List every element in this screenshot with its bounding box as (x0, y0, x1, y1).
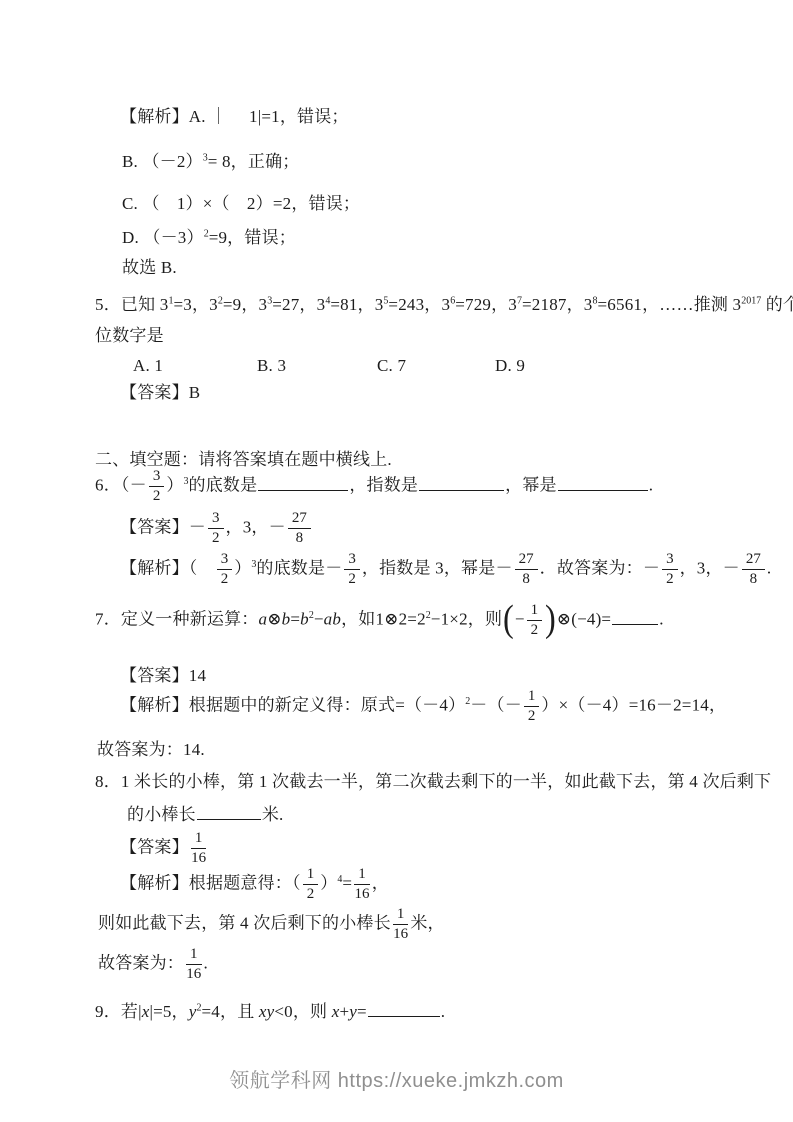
fraction: 278 (742, 551, 765, 589)
q8-analysis-line3: 故答案为：116. (98, 946, 208, 984)
exponent: 1 (168, 295, 173, 306)
exponent: 2 (218, 295, 223, 306)
q6-answer: 【答案】－32，3，－278 (120, 510, 313, 548)
exponent: 3 (251, 559, 256, 570)
math-variable: x (142, 1002, 150, 1021)
answer-blank (197, 805, 261, 820)
math-variable: x (332, 1002, 340, 1021)
fraction: 278 (288, 510, 311, 548)
q8-analysis-line2: 则如此截下去，第 4 次后剩下的小棒长116米， (98, 906, 445, 944)
exponent: 7 (517, 295, 522, 306)
exponent: 2 (309, 610, 314, 621)
answer-blank (612, 610, 658, 625)
fraction: 12 (527, 602, 543, 640)
math-variable: ab (324, 610, 341, 629)
q8-stem-line2: 的小棒长米. (127, 803, 283, 826)
q4-analysis-option-d: D. （－3）2=9，错误； (122, 226, 296, 249)
exponent: 3 (267, 295, 272, 306)
fraction: 116 (354, 866, 370, 904)
worksheet-page: 【解析】A. ｜ 1|=1，错误； B. （－2）3= 8，正确； C. （ 1… (0, 0, 793, 1122)
q5-choice-options: A. 1B. 3C. 7D. 9 (95, 354, 705, 378)
choice-option: B. 3 (257, 354, 286, 377)
exponent: 2 (204, 228, 209, 239)
choice-option: C. 7 (377, 354, 406, 377)
fraction: 32 (149, 468, 165, 506)
q9-stem: 9．若|x|=5，y2=4，且 xy<0，则 x+y=. (95, 1000, 445, 1023)
fraction: 32 (208, 510, 224, 548)
q7-answer: 【答案】14 (120, 664, 206, 687)
math-variable: y (189, 1002, 197, 1021)
q4-analysis-option-b: B. （－2）3= 8，正确； (122, 150, 300, 173)
exponent: 2017 (741, 295, 761, 306)
fraction: 12 (303, 866, 319, 904)
exponent: 6 (450, 295, 455, 306)
q4-analysis-option-a: 【解析】A. ｜ 1|=1，错误； (120, 105, 349, 128)
q5-stem-line2: 位数字是 (95, 324, 164, 347)
fraction: 32 (662, 551, 678, 589)
q7-stem: 7．定义一种新运算：a⊗b=b2−ab，如1⊗2=22−1×2，则(−12)⊗(… (95, 602, 664, 640)
exponent: 2 (197, 1002, 202, 1013)
math-variable: y (349, 1002, 357, 1021)
fraction: 116 (186, 946, 202, 984)
watermark-footer: 领航学科网 https://xueke.jmkzh.com (0, 1064, 793, 1093)
q7-analysis-line1: 【解析】根据题中的新定义得：原式=（－4）2－（－12）×（－4）=16－2=1… (120, 688, 726, 726)
q8-answer: 【答案】116 (120, 830, 208, 868)
answer-blank (258, 476, 348, 491)
exponent: 4 (325, 295, 330, 306)
exponent: 3 (203, 152, 208, 163)
q8-analysis-line1: 【解析】根据题意得：（12）4=116， (120, 866, 389, 904)
math-variable: xy (259, 1002, 275, 1021)
exponent: 4 (337, 874, 342, 885)
q4-analysis-option-c: C. （ 1）×（ 2）=2，错误； (122, 192, 360, 215)
exponent: 2 (426, 610, 431, 621)
choice-option: D. 9 (495, 354, 525, 377)
fraction: 116 (393, 906, 409, 944)
q5-answer: 【答案】B (120, 381, 200, 404)
math-variable: a (259, 610, 268, 629)
choice-option: A. 1 (133, 354, 163, 377)
exponent: 2 (465, 696, 470, 707)
fraction: 12 (524, 688, 540, 726)
q8-stem-line1: 8．1 米长的小棒，第 1 次截去一半，第二次截去剩下的一半，如此截下去，第 4… (95, 770, 771, 793)
exponent: 8 (593, 295, 598, 306)
fraction: 116 (191, 830, 207, 868)
q6-stem: 6．（－32）3的底数是，指数是，幂是. (95, 468, 653, 506)
answer-blank (368, 1002, 440, 1017)
math-variable: b (282, 610, 291, 629)
math-variable: b (300, 610, 309, 629)
q7-analysis-line2: 故答案为：14. (97, 738, 205, 761)
answer-blank (558, 476, 648, 491)
q5-stem-line1: 5．已知 31=3，32=9，33=27，34=81，35=243，36=729… (95, 293, 793, 316)
q6-analysis: 【解析】（ 32）3的底数是－32，指数是 3，幂是－278．故答案为：－32，… (120, 551, 771, 589)
fraction: 278 (515, 551, 538, 589)
fraction: 32 (344, 551, 360, 589)
exponent: 3 (184, 476, 189, 487)
fraction: 32 (217, 551, 233, 589)
q4-conclusion: 故选 B. (122, 256, 177, 279)
answer-blank (419, 476, 504, 491)
exponent: 5 (383, 295, 388, 306)
